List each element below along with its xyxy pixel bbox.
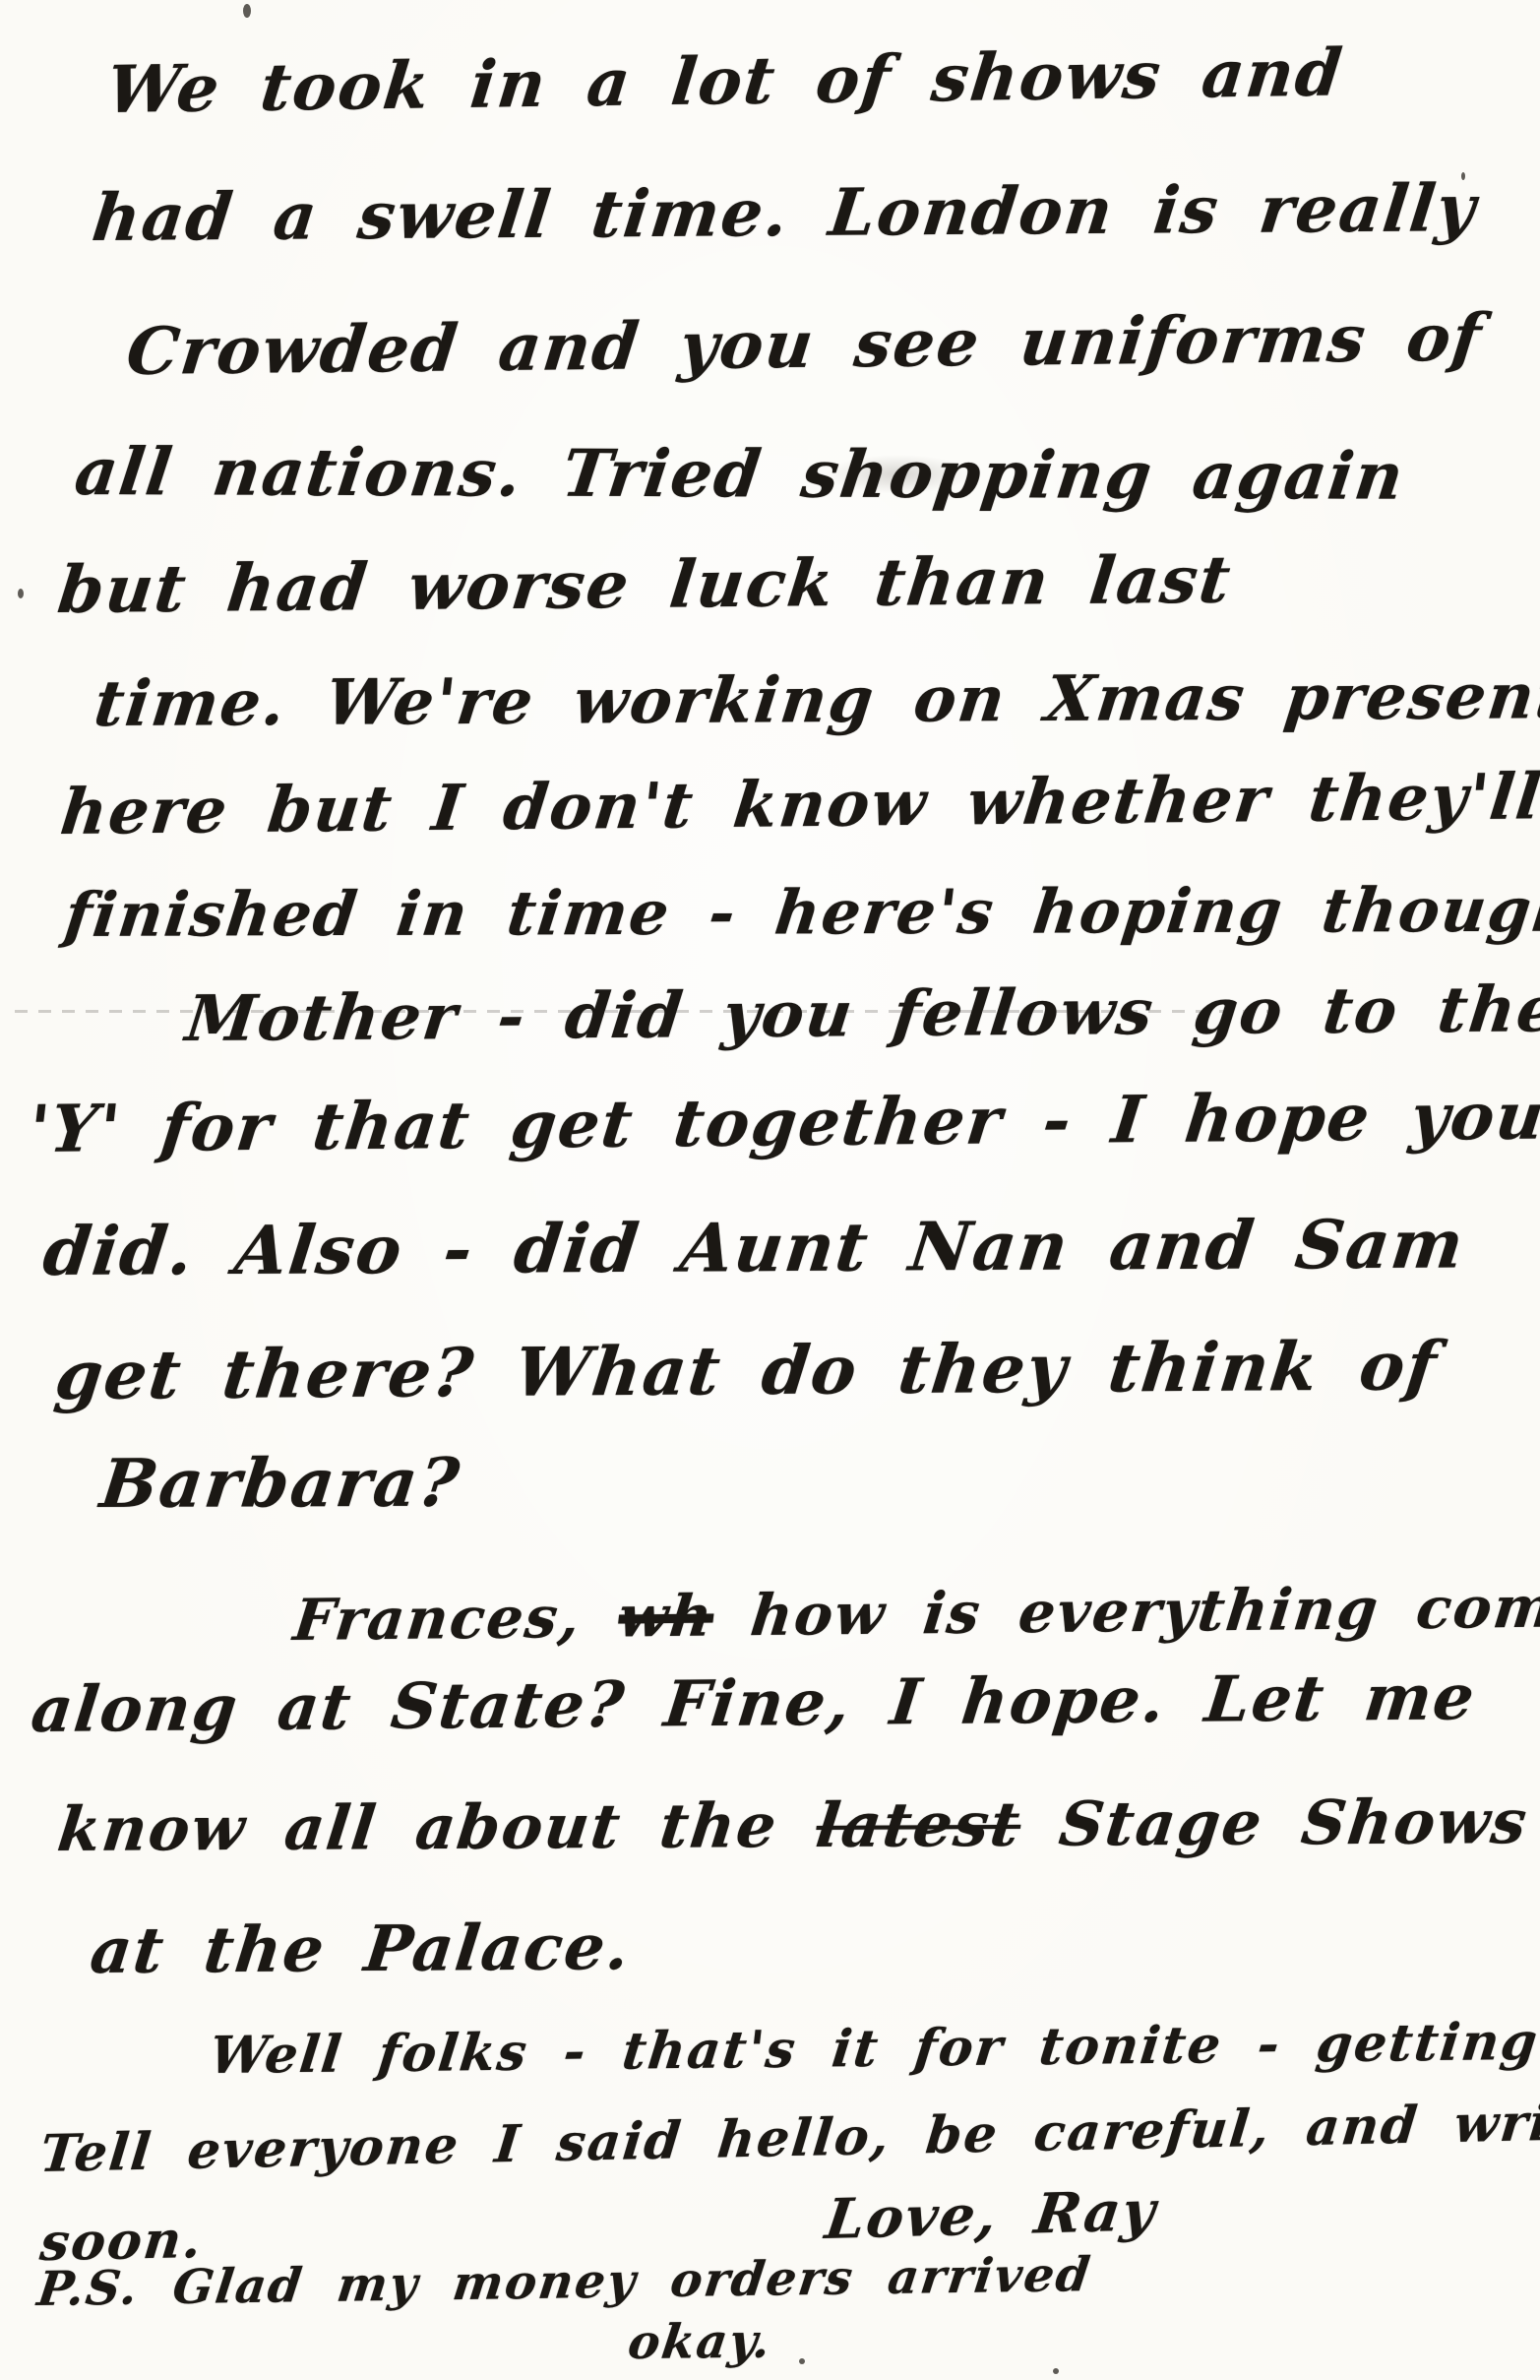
crossed-out-word: wh: [615, 1583, 717, 1651]
letter-line-2: had a swell time. London is really: [89, 169, 1481, 256]
postscript-line-2: okay.: [625, 2314, 775, 2370]
letter-line-14: Frances, wh how is everything coming: [290, 1572, 1540, 1654]
ink-speck: [1053, 2368, 1059, 2374]
letter-line-6: time. We're working on Xmas presents: [91, 659, 1540, 741]
line-text-after-strike: Stage Shows: [1016, 1785, 1532, 1860]
ink-speck: [799, 2358, 805, 2364]
letter-line-15: along at State? Fine, I hope. Let me: [28, 1660, 1480, 1747]
letter-line-3: Crowded and you see uniforms of: [123, 299, 1487, 390]
ink-speck: [18, 589, 24, 598]
letter-line-10: 'Y' for that get together - I hope you: [25, 1078, 1540, 1167]
ink-speck: [243, 4, 251, 18]
line-text-after-strike: how is everything coming: [709, 1572, 1540, 1649]
letter-line-19: Tell everyone I said hello, be careful, …: [37, 2092, 1540, 2184]
line-text-before-strike: know all about the: [54, 1789, 821, 1865]
letter-line-1: We took in a lot of shows and: [103, 34, 1347, 128]
overwritten-word: latest: [813, 1788, 1025, 1861]
letter-line-7: here but I don't know whether they'll: [57, 760, 1540, 849]
letter-line-18: Well folks - that's it for tonite - gett…: [207, 2010, 1540, 2086]
scanned-letter-page: We took in a lot of shows and had a swel…: [0, 0, 1540, 2380]
letter-line-5: but had worse luck than last: [54, 541, 1236, 628]
signature-closing: Love, Ray: [822, 2178, 1161, 2252]
letter-line-11: did. Also - did Aunt Nan and Sam: [39, 1205, 1469, 1291]
letter-line-13: Barbara?: [96, 1444, 464, 1524]
letter-line-4: all nations. Tried shopping again: [71, 433, 1409, 515]
letter-line-16: know all about the latest Stage Shows: [54, 1785, 1532, 1865]
letter-line-17: at the Palace.: [87, 1910, 635, 1988]
letter-line-8: finished in time - here's hoping though.: [61, 874, 1540, 951]
letter-line-9: Mother - did you fellows go to the: [182, 972, 1540, 1056]
letter-line-12: get there? What do they think of: [51, 1327, 1442, 1415]
line-text-before-strike: Frances,: [290, 1584, 623, 1654]
